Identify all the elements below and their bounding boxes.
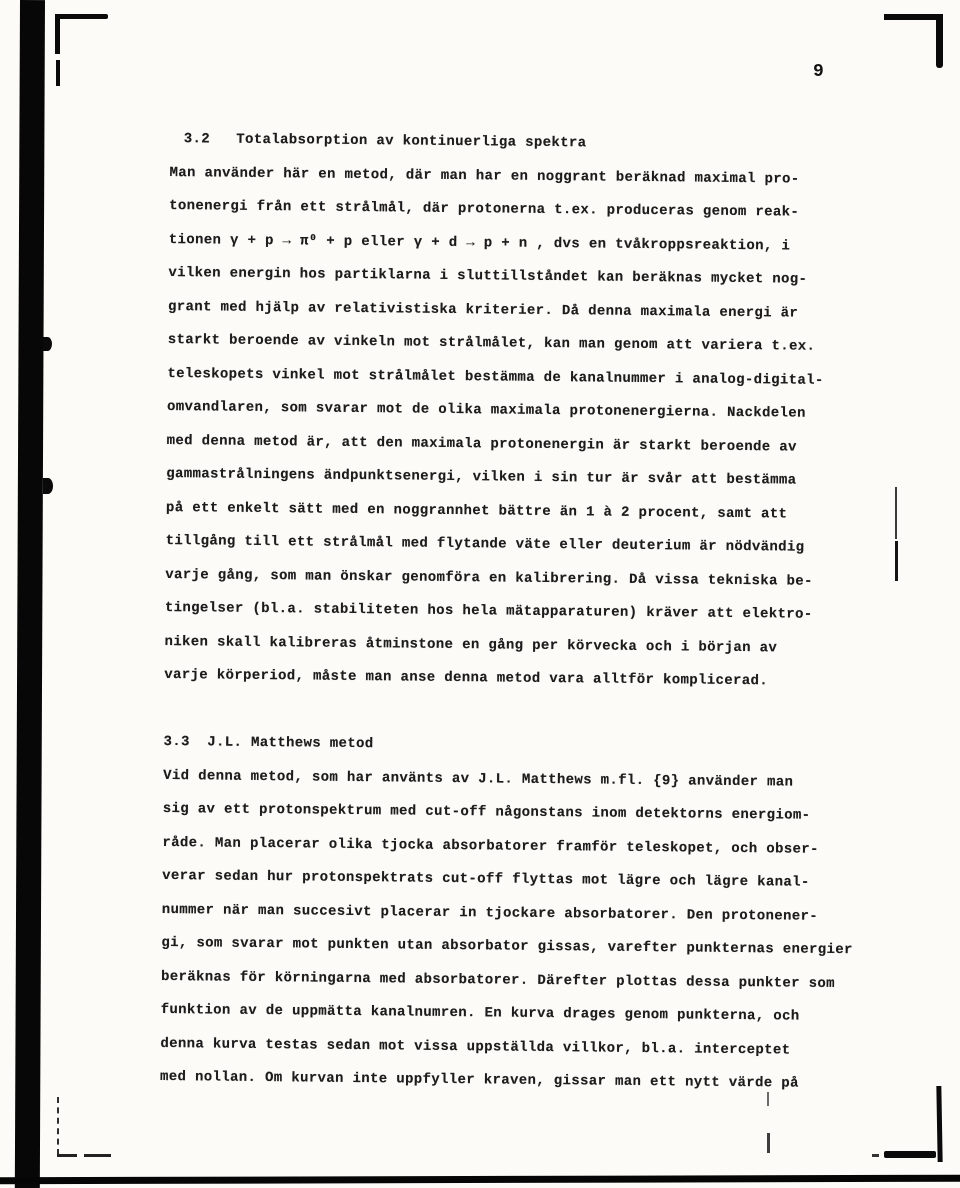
binding-bar: [15, 0, 45, 1188]
binding-bar-bump: [43, 337, 52, 351]
crop-mark-bottom-left-vertical-dashed: [57, 1097, 59, 1155]
scan-tick-mark: [767, 1133, 770, 1153]
scanned-page: 9 3.2 Totalabsorption av kontinuerliga s…: [0, 0, 960, 1188]
page-number: 9: [813, 62, 824, 82]
crop-mark-bottom-right-vertical: [936, 1086, 942, 1162]
body-line: med nollan. Om kurvan inte uppfyller kra…: [160, 1061, 890, 1102]
crop-mark-top-right-vertical: [936, 14, 943, 68]
bottom-edge-line: [0, 1175, 960, 1185]
crop-mark-bottom-left-horizontal-dash: [57, 1154, 77, 1157]
text-block: 3.2 Totalabsorption av kontinuerliga spe…: [160, 123, 900, 1102]
crop-mark-top-right-horizontal: [884, 14, 943, 20]
scan-speck: [872, 1154, 879, 1157]
crop-mark-top-left-vertical: [55, 14, 60, 54]
binding-bar-bump: [43, 478, 53, 494]
crop-mark-bottom-right-horizontal: [884, 1151, 936, 1158]
crop-mark-top-left-vertical-dash: [56, 60, 60, 86]
crop-mark-bottom-left-horizontal-dash: [84, 1154, 111, 1157]
crop-mark-top-left-horizontal: [56, 14, 108, 19]
